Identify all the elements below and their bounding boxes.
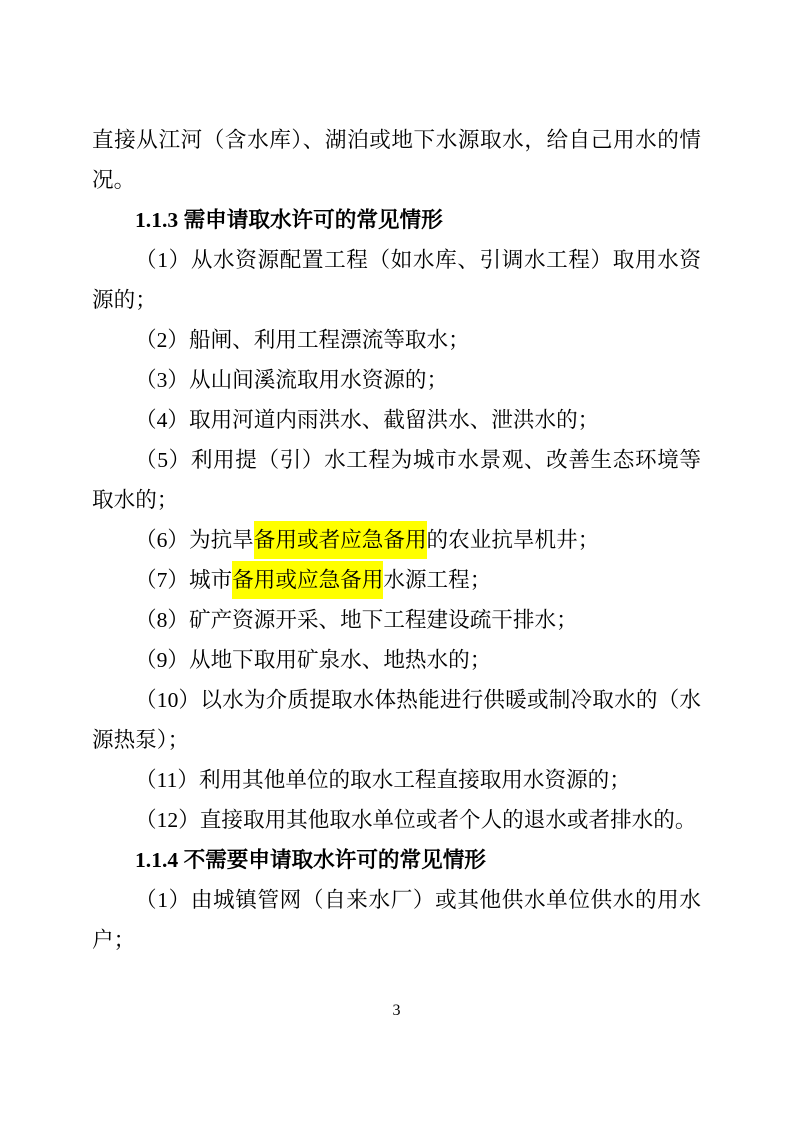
paragraph: （11）利用其他单位的取水工程直接取用水资源的； [92, 760, 701, 800]
text-run: （11）利用其他单位的取水工程直接取用水资源的； [135, 768, 631, 792]
text-run: （4）取用河道内雨洪水、截留洪水、泄洪水的； [135, 408, 599, 432]
section-heading: 1.1.4 不需要申请取水许可的常见情形 [92, 840, 701, 880]
text-run: （7）城市 [135, 568, 232, 592]
paragraph: （4）取用河道内雨洪水、截留洪水、泄洪水的； [92, 400, 701, 440]
text-run: 1.1.4 不需要申请取水许可的常见情形 [135, 848, 486, 872]
paragraph: 直接从江河（含水库）、湖泊或地下水源取水，给自己用水的情况。 [92, 120, 701, 200]
text-run: （3）从山间溪流取用水资源的； [135, 368, 448, 392]
highlighted-text: 备用或者应急备用 [254, 521, 427, 559]
text-run: （10）以水为介质提取水体热能进行供暖或制冷取水的（水源热泵）； [92, 688, 701, 752]
paragraph: （12）直接取用其他取水单位或者个人的退水或者排水的。 [92, 800, 701, 840]
text-run: 1.1.3 需申请取水许可的常见情形 [135, 208, 443, 232]
paragraph: （3）从山间溪流取用水资源的； [92, 360, 701, 400]
section-heading: 1.1.3 需申请取水许可的常见情形 [92, 200, 701, 240]
paragraph: （1）由城镇管网（自来水厂）或其他供水单位供水的用水户； [92, 880, 701, 960]
paragraph: （7）城市备用或应急备用水源工程； [92, 560, 701, 600]
text-run: （6）为抗旱 [135, 528, 254, 552]
text-run: （1）由城镇管网（自来水厂）或其他供水单位供水的用水户； [92, 888, 701, 952]
paragraph: （2）船闸、利用工程漂流等取水； [92, 320, 701, 360]
paragraph: （5）利用提（引）水工程为城市水景观、改善生态环境等取水的； [92, 440, 701, 520]
paragraph: （8）矿产资源开采、地下工程建设疏干排水； [92, 600, 701, 640]
text-run: （8）矿产资源开采、地下工程建设疏干排水； [135, 608, 578, 632]
text-run: 的农业抗旱机井； [427, 528, 600, 552]
highlighted-text: 备用或应急备用 [232, 561, 383, 599]
text-run: （1）从水资源配置工程（如水库、引调水工程）取用水资源的； [92, 248, 701, 312]
document-page: 直接从江河（含水库）、湖泊或地下水源取水，给自己用水的情况。1.1.3 需申请取… [0, 0, 793, 1122]
page-number: 3 [0, 1000, 793, 1022]
paragraph: （6）为抗旱备用或者应急备用的农业抗旱机井； [92, 520, 701, 560]
text-run: （9）从地下取用矿泉水、地热水的； [135, 648, 491, 672]
text-run: 水源工程； [383, 568, 491, 592]
text-run: （12）直接取用其他取水单位或者个人的退水或者排水的。 [135, 808, 696, 832]
text-run: （2）船闸、利用工程漂流等取水； [135, 328, 470, 352]
paragraph: （1）从水资源配置工程（如水库、引调水工程）取用水资源的； [92, 240, 701, 320]
text-run: 直接从江河（含水库）、湖泊或地下水源取水，给自己用水的情况。 [92, 128, 701, 192]
paragraph: （10）以水为介质提取水体热能进行供暖或制冷取水的（水源热泵）； [92, 680, 701, 760]
paragraph: （9）从地下取用矿泉水、地热水的； [92, 640, 701, 680]
document-body: 直接从江河（含水库）、湖泊或地下水源取水，给自己用水的情况。1.1.3 需申请取… [92, 120, 701, 960]
text-run: （5）利用提（引）水工程为城市水景观、改善生态环境等取水的； [92, 448, 701, 512]
